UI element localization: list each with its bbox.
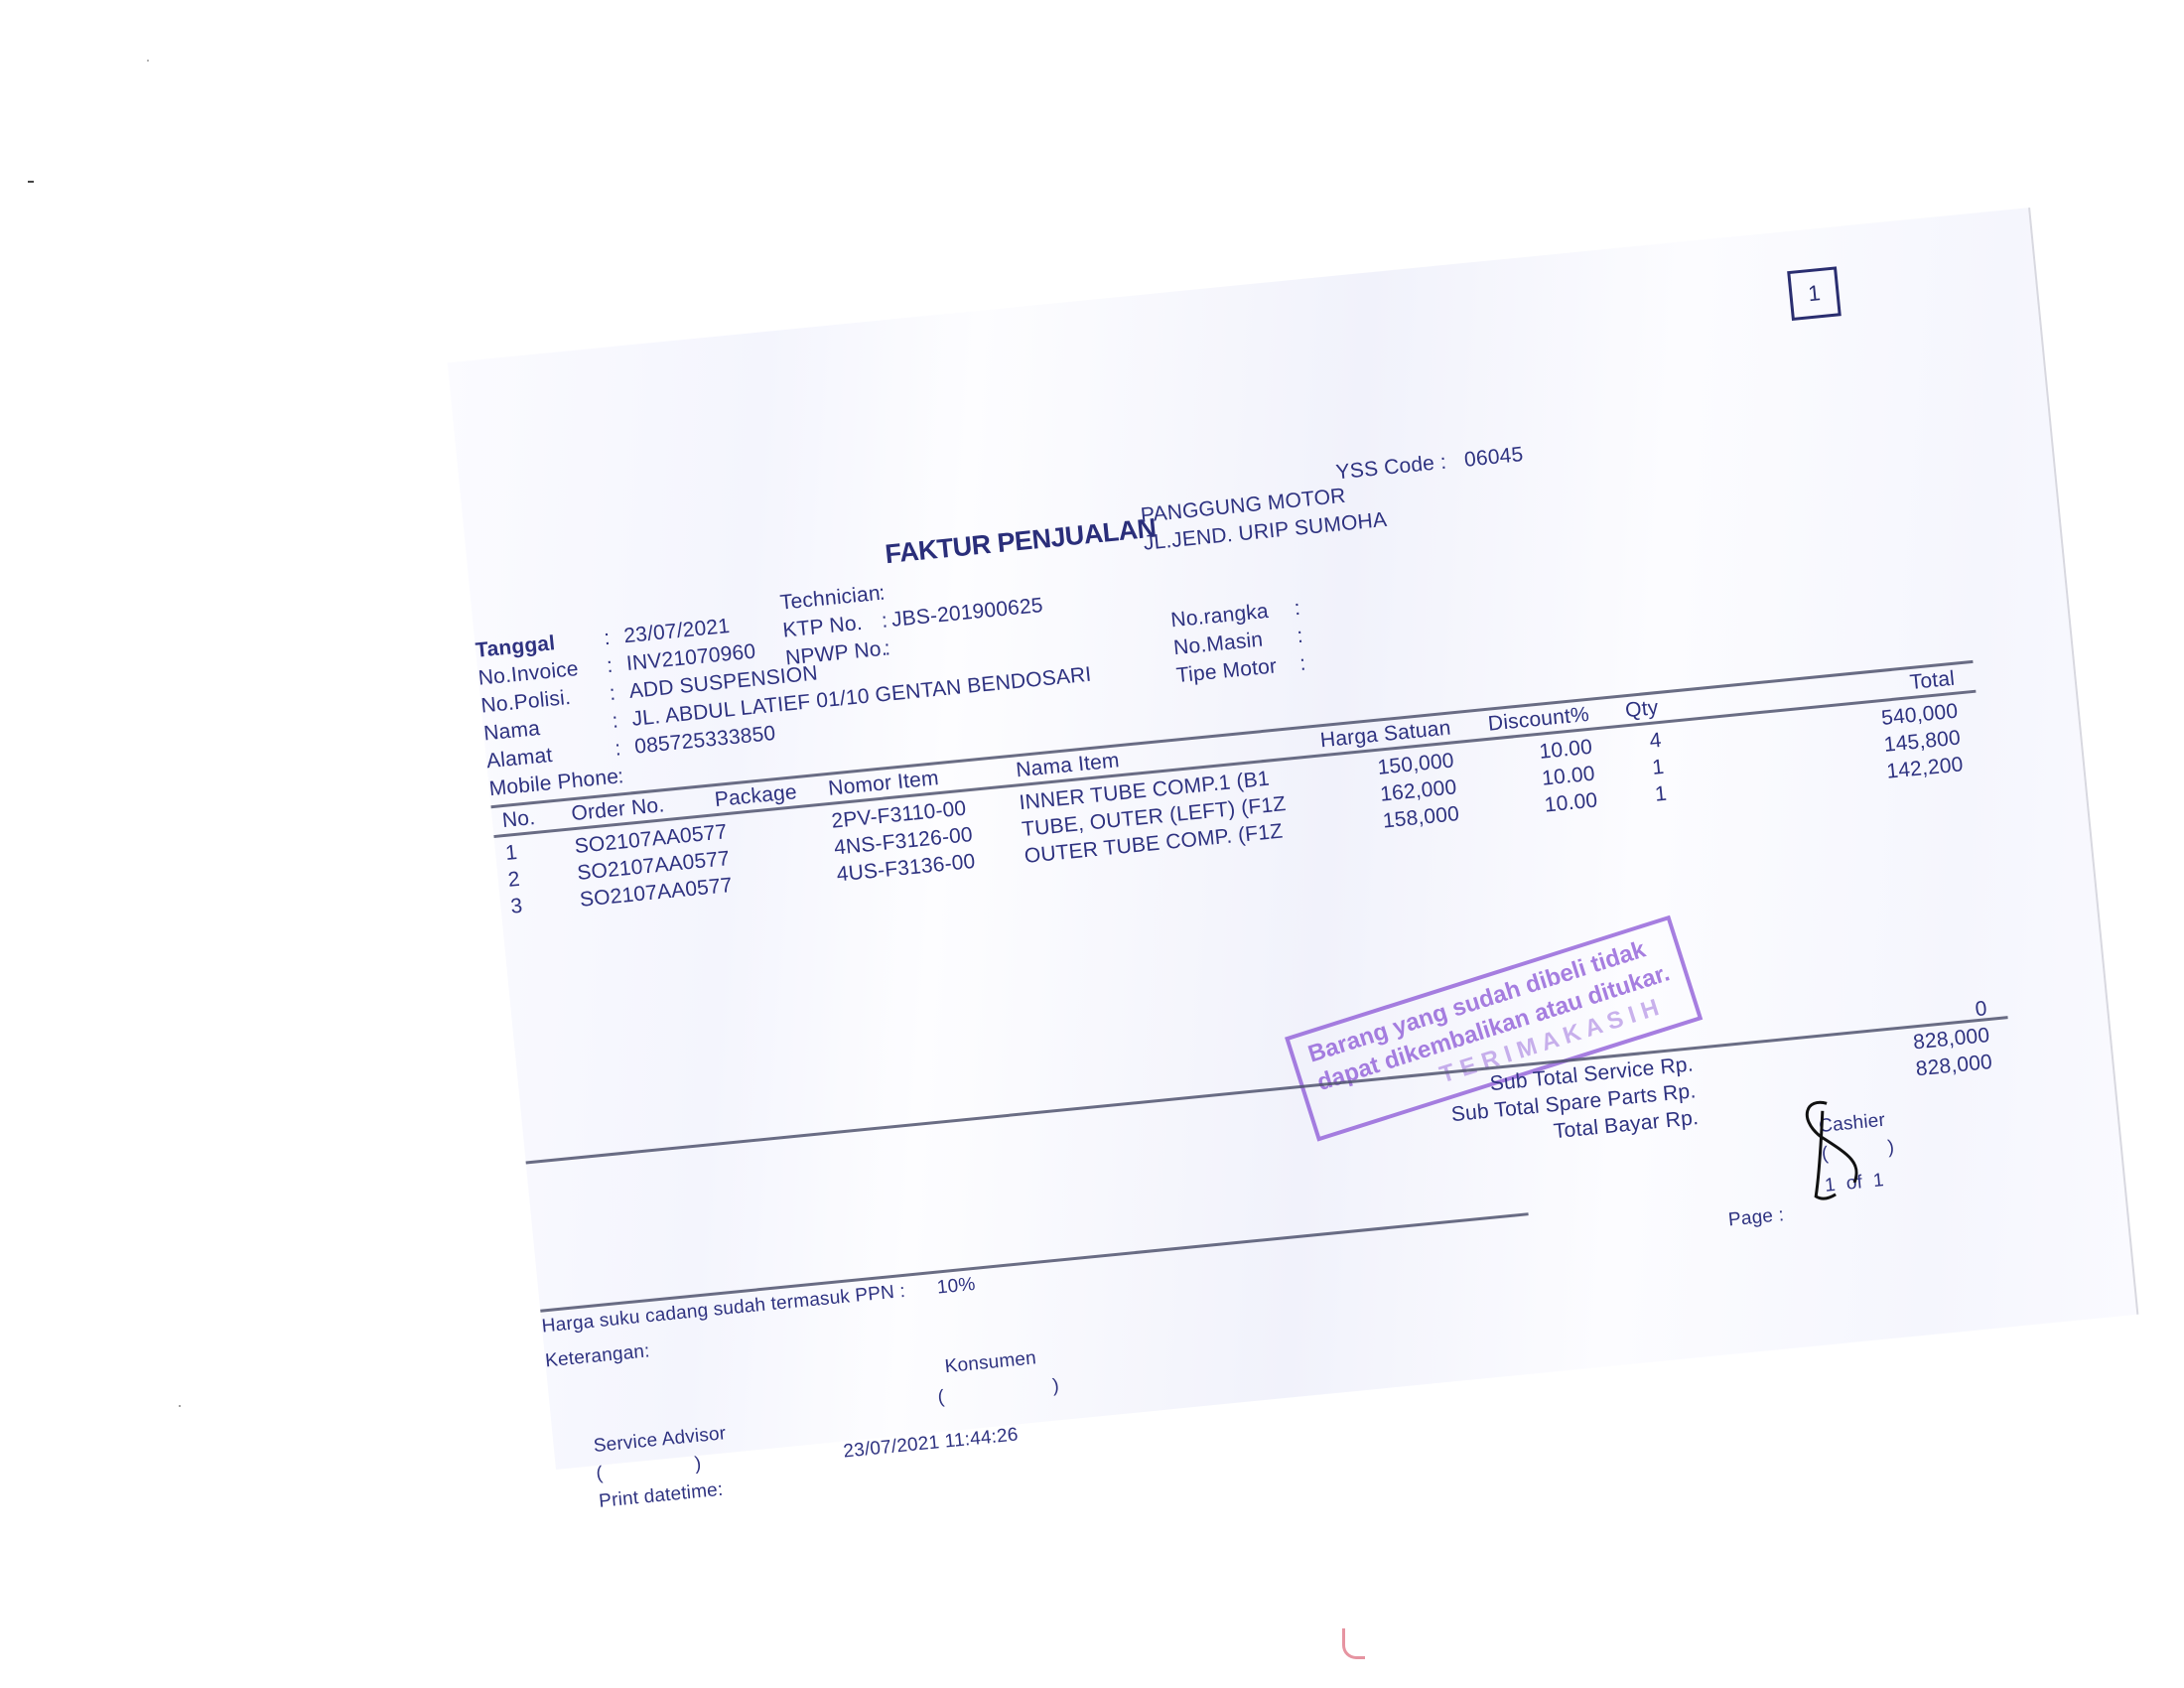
red-pen-mark <box>1342 1628 1365 1659</box>
table-cell-no: 1 <box>504 841 518 866</box>
service-advisor-signature-line: ( ) <box>596 1454 703 1485</box>
staff-field-label: KTP No. <box>782 612 864 643</box>
summary-rule <box>526 1016 2008 1164</box>
konsumen-label: Konsumen <box>944 1347 1037 1378</box>
scan-speck <box>179 1405 181 1407</box>
scan-speck <box>147 60 149 62</box>
customer-field-label: Tanggal <box>475 632 556 663</box>
yss-code-value: 06045 <box>1463 443 1524 473</box>
page-label: Page : <box>1727 1204 1785 1231</box>
customer-field-label: Alamat <box>485 744 554 774</box>
table-cell-no: 2 <box>507 868 521 893</box>
table-cell-qty: 4 <box>1611 729 1663 758</box>
customer-field-sep: : <box>614 737 621 761</box>
vehicle-field-label: No.Masin <box>1172 629 1264 661</box>
invoice-paper: 1 FAKTUR PENJUALAN PANGGUNG MOTOR JL.JEN… <box>448 208 2139 1470</box>
table-header-cell: No. <box>501 806 536 833</box>
copy-number: 1 <box>1807 280 1822 307</box>
customer-field-sep: : <box>609 681 616 705</box>
document-title: FAKTUR PENJUALAN <box>884 513 1158 571</box>
footer-rule <box>540 1212 1529 1313</box>
table-header-cell: Qty <box>1608 696 1660 725</box>
table-cell-no: 3 <box>509 895 523 919</box>
ppn-value: 10% <box>936 1274 977 1300</box>
keterangan-label: Keterangan: <box>544 1340 650 1372</box>
customer-field-label: Nama <box>482 717 541 746</box>
customer-field-sep: : <box>612 709 619 733</box>
yss-code-label: YSS Code : <box>1335 451 1448 486</box>
vehicle-field-sep: : <box>1298 651 1306 675</box>
print-datetime-value: 23/07/2021 11:44:26 <box>843 1424 1020 1463</box>
staff-field-sep: : <box>884 636 891 660</box>
staff-field-label: Technician <box>779 582 882 616</box>
staff-field-sep: : <box>878 581 886 605</box>
ppn-note: Harga suku cadang sudah termasuk PPN : <box>541 1281 906 1338</box>
vehicle-field-sep: : <box>1294 597 1301 621</box>
staff-field-sep: : <box>881 609 888 633</box>
copy-number-box: 1 <box>1787 266 1842 321</box>
customer-field-label: No.Polisi. <box>479 686 572 719</box>
scan-speck <box>28 181 34 183</box>
staff-field-label: NPWP No. <box>784 637 888 671</box>
table-cell-qty: 1 <box>1616 782 1668 811</box>
customer-field-sep: : <box>603 627 611 650</box>
vehicle-field-label: Tipe Motor <box>1175 654 1278 688</box>
staff-field-value: JBS-201900625 <box>890 594 1044 633</box>
table-cell-qty: 1 <box>1613 756 1665 784</box>
konsumen-signature-line: ( ) <box>937 1375 1060 1409</box>
service-advisor-label: Service Advisor <box>593 1423 727 1458</box>
print-datetime-label: Print datetime: <box>598 1479 724 1513</box>
cashier-signature <box>1787 1090 1886 1207</box>
customer-field-sep: : <box>616 765 624 788</box>
vehicle-field-sep: : <box>1297 625 1304 648</box>
customer-field-sep: : <box>606 654 614 678</box>
